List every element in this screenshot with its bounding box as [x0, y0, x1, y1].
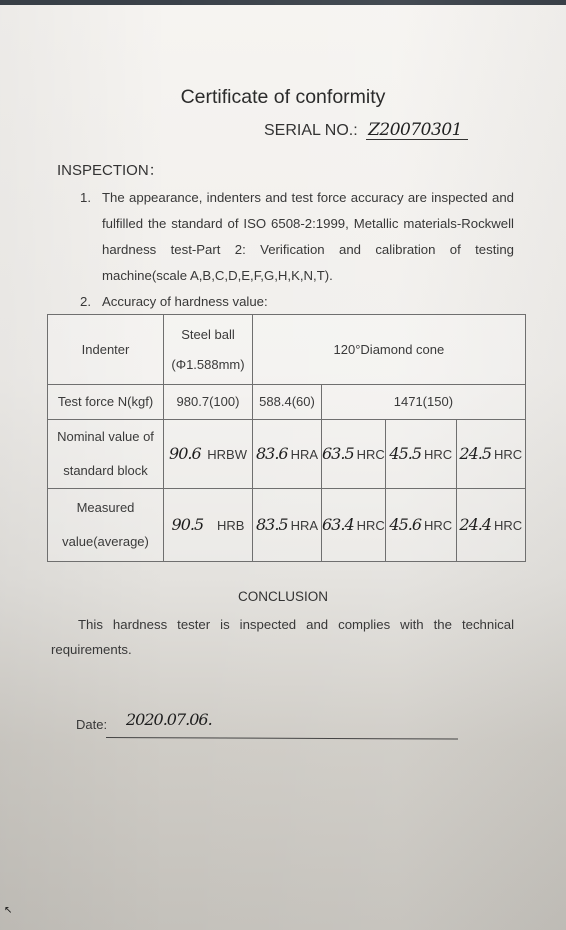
unit: HRC: [357, 447, 385, 462]
date-label: Date:: [76, 717, 107, 732]
handwritten-value: 45.5: [389, 444, 421, 463]
handwritten-value: 90.6: [169, 444, 201, 463]
conclusion-heading: CONCLUSION: [0, 589, 566, 604]
unit: HRC: [424, 447, 452, 462]
nominal-cell: 83.6HRA: [253, 420, 322, 489]
measured-cell: 63.4HRC: [322, 489, 386, 562]
nominal-cell: 24.5HRC: [456, 420, 525, 489]
unit: HRA: [291, 518, 318, 533]
unit: HRC: [357, 518, 385, 533]
steel-ball-diameter: (Φ1.588mm): [164, 350, 252, 380]
inspection-item-1: 1. The appearance, indenters and test fo…: [102, 185, 514, 289]
steel-ball-cell: Steel ball (Φ1.588mm): [164, 315, 253, 385]
top-dark-edge: [0, 0, 566, 5]
measured-cell: 45.6HRC: [385, 489, 456, 562]
inspection-item-2: 2. Accuracy of hardness value:: [102, 289, 268, 315]
handwritten-value: 24.5: [459, 444, 491, 463]
date-field: Date: 2020.07.06.: [76, 717, 107, 732]
nominal-cell: 63.5HRC: [322, 420, 386, 489]
item-text: The appearance, indenters and test force…: [102, 190, 514, 283]
measured-label-line1: Measured: [48, 491, 163, 525]
measured-cell: 83.5HRA: [253, 489, 322, 562]
handwritten-value: 63.5: [322, 444, 354, 463]
document-title: Certificate of conformity: [0, 86, 566, 109]
item-text: Accuracy of hardness value:: [102, 294, 268, 309]
unit: HRB: [217, 518, 244, 533]
measured-label: Measured value(average): [48, 489, 164, 562]
measured-cell: 24.4HRC: [456, 489, 525, 562]
date-value-handwritten: 2020.07.06.: [126, 710, 212, 729]
nominal-cell: 90.6 HRBW: [164, 420, 253, 489]
serial-number: SERIAL NO.: Z20070301: [264, 121, 468, 140]
item-number: 2.: [80, 289, 91, 315]
test-force-label: Test force N(kgf): [48, 385, 164, 420]
hardness-accuracy-table: Indenter Steel ball (Φ1.588mm) 120°Diamo…: [47, 314, 526, 562]
unit: HRBW: [207, 447, 247, 462]
handwritten-value: 83.6: [256, 444, 288, 463]
table-row-measured: Measured value(average) 90.5 HRB 83.5HRA…: [48, 489, 526, 562]
table-row-test-force: Test force N(kgf) 980.7(100) 588.4(60) 1…: [48, 385, 526, 420]
mouse-cursor-icon: ↖: [4, 905, 12, 916]
unit: HRA: [291, 447, 318, 462]
handwritten-value: 90.5: [172, 515, 204, 534]
serial-value-handwritten: Z20070301: [366, 121, 468, 140]
measured-cell: 90.5 HRB: [164, 489, 253, 562]
unit: HRC: [424, 518, 452, 533]
unit: HRC: [494, 447, 522, 462]
test-force-cell: 980.7(100): [164, 385, 253, 420]
handwritten-value: 63.4: [322, 515, 354, 534]
date-underline: [106, 737, 458, 740]
nominal-label-line1: Nominal value of: [48, 420, 163, 454]
test-force-cell: 1471(150): [322, 385, 526, 420]
diamond-cone-cell: 120°Diamond cone: [253, 315, 526, 385]
unit: HRC: [494, 518, 522, 533]
table-row-indenter: Indenter Steel ball (Φ1.588mm) 120°Diamo…: [48, 315, 526, 385]
nominal-label: Nominal value of standard block: [48, 420, 164, 489]
conclusion-text: This hardness tester is inspected and co…: [51, 612, 514, 662]
test-force-cell: 588.4(60): [253, 385, 322, 420]
serial-label: SERIAL NO.:: [264, 122, 358, 139]
steel-ball-name: Steel ball: [164, 320, 252, 350]
handwritten-value: 83.5: [256, 515, 288, 534]
measured-label-line2: value(average): [48, 525, 163, 559]
handwritten-value: 24.4: [459, 515, 491, 534]
inspection-heading: INSPECTION：: [57, 159, 164, 180]
item-number: 1.: [80, 185, 91, 211]
indenter-label: Indenter: [48, 315, 164, 385]
nominal-label-line2: standard block: [48, 454, 163, 488]
table-row-nominal: Nominal value of standard block 90.6 HRB…: [48, 420, 526, 489]
handwritten-value: 45.6: [389, 515, 421, 534]
nominal-cell: 45.5HRC: [385, 420, 456, 489]
